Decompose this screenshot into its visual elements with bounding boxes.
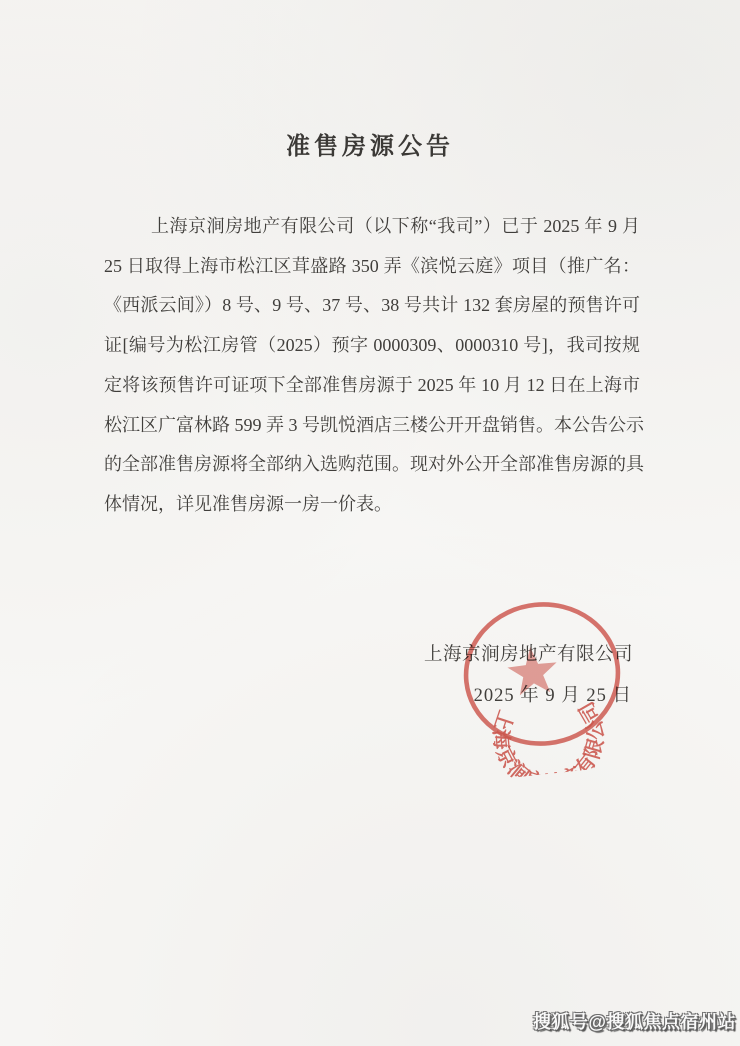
- announcement-document: 准售房源公告 上海京涧房地产有限公司（以下称“我司”）已于 2025 年 9 月…: [0, 0, 740, 1046]
- seal-star-icon: [506, 645, 560, 697]
- body-line: 的全部准售房源将全部纳入选购范围。现对外公开全部准售房源的具: [104, 445, 640, 485]
- body-line: 体情况，详见准售房源一房一价表。: [104, 485, 640, 525]
- body-line: 25 日取得上海市松江区茸盛路 350 弄《滨悦云庭》项目（推广名：: [104, 247, 640, 287]
- body-line: 《西派云间》）8 号、9 号、37 号、38 号共计 132 套房屋的预售许可: [104, 286, 640, 326]
- watermark-sohu: 搜狐号@搜狐焦点宿州站: [533, 1008, 736, 1034]
- document-title: 准售房源公告: [0, 126, 740, 161]
- body-line: 定将该预售许可证项下全部准售房源于 2025 年 10 月 12 日在上海市: [104, 366, 640, 406]
- company-seal-stamp: 上海京涧房地产有限公司: [432, 564, 652, 784]
- body-line: 证[编号为松江房管（2025）预字 0000309、0000310 号]，我司按…: [104, 326, 640, 366]
- body-line: 上海京涧房地产有限公司（以下称“我司”）已于 2025 年 9 月: [104, 207, 640, 247]
- body-paragraph: 上海京涧房地产有限公司（以下称“我司”）已于 2025 年 9 月 25 日取得…: [104, 207, 640, 525]
- seal-arc-text: 上海京涧房地产有限公司: [486, 696, 614, 784]
- body-line: 松江区广富林路 599 弄 3 号凯悦酒店三楼公开开盘销售。本公告公示: [104, 406, 640, 446]
